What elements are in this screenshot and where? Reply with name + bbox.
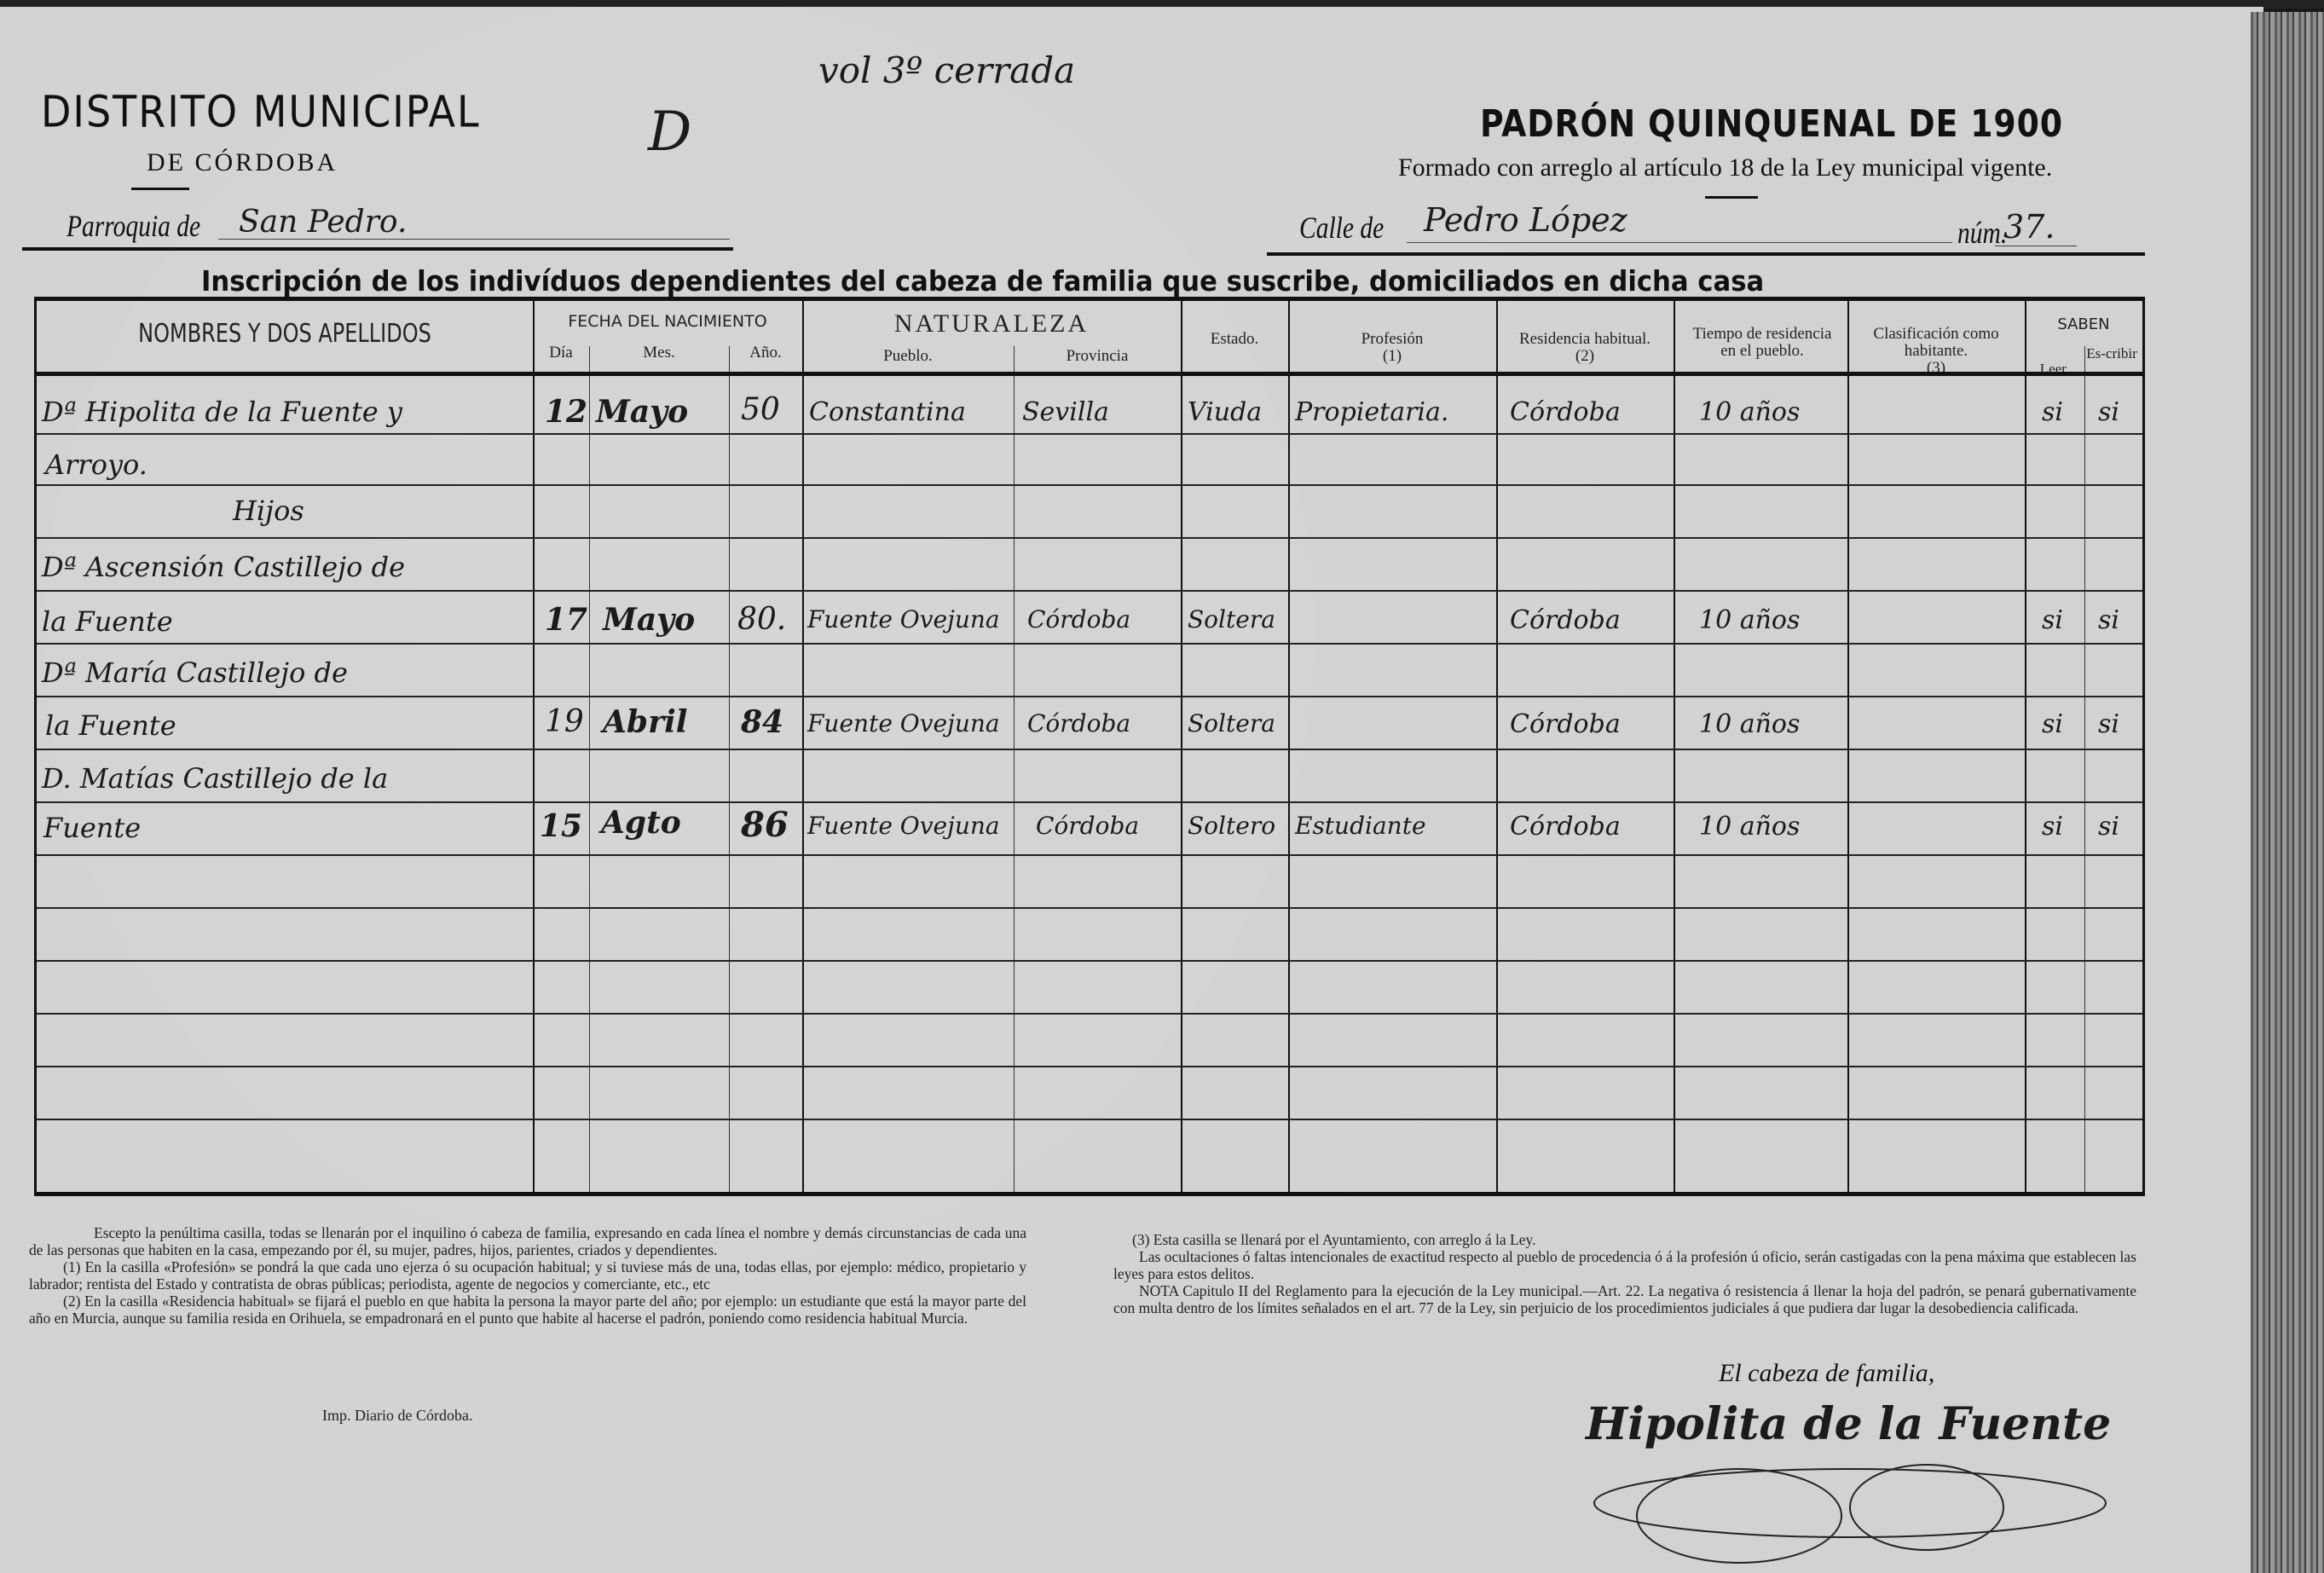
col-saben-group: SABEN — [2025, 317, 2142, 333]
row-line — [37, 433, 2142, 435]
row-line — [37, 590, 2142, 592]
note-general: Escepto la penúltima casilla, todas se l… — [29, 1224, 1026, 1258]
table-bottom-rule — [37, 1192, 2142, 1196]
col-divider — [2084, 346, 2085, 1196]
col-pueblo: Pueblo. — [802, 348, 1014, 365]
note-2: (2) En la casilla «Residencia habitual» … — [29, 1293, 1026, 1327]
cell-mes[interactable]: Mayo — [603, 602, 695, 638]
inscription-title: Inscripción de los indivíduos dependient… — [201, 264, 1764, 298]
cell-dia[interactable]: 12 — [545, 394, 587, 430]
cell-provincia[interactable]: Córdoba — [1027, 605, 1130, 633]
cell-residencia[interactable]: Córdoba — [1510, 397, 1621, 427]
cell-tiempo[interactable]: 10 años — [1699, 812, 1800, 841]
parroquia-value[interactable]: San Pedro. — [239, 205, 407, 240]
cell-anio[interactable]: 84 — [741, 704, 783, 740]
cell-leer[interactable]: si — [2042, 397, 2063, 427]
cell-estado[interactable]: Soltera — [1188, 605, 1275, 633]
col-provincia: Provincia — [1014, 348, 1181, 365]
census-sheet: DISTRITO MUNICIPAL DE CÓRDOBA vol 3º cer… — [0, 7, 2263, 1573]
col-profesion: Profesión (1) — [1288, 331, 1496, 365]
cell-residencia[interactable]: Córdoba — [1510, 812, 1621, 841]
cell-provincia[interactable]: Córdoba — [1027, 709, 1130, 737]
cell-tiempo[interactable]: 10 años — [1699, 709, 1800, 739]
row-line — [37, 1066, 2142, 1067]
cell-name[interactable]: Dª María Castillejo de — [42, 656, 348, 689]
padron-subtitle: Formado con arreglo al artículo 18 de la… — [1398, 153, 2052, 182]
col-mes: Mes. — [589, 344, 729, 361]
cell-leer[interactable]: si — [2042, 812, 2063, 841]
col-escribir: Es-cribir — [2084, 346, 2139, 361]
col-divider — [589, 346, 590, 1196]
row-line — [37, 854, 2142, 856]
col-divider — [1014, 346, 1015, 1196]
note-penalty: Las ocultaciones ó faltas intencionales … — [1113, 1248, 2136, 1282]
cell-provincia[interactable]: Sevilla — [1022, 397, 1109, 427]
signature-label: El cabeza de familia, — [1719, 1359, 1934, 1388]
num-underline — [1995, 246, 2077, 246]
cell-anio[interactable]: 80. — [737, 602, 786, 637]
footer-notes-left: Escepto la penúltima casilla, todas se l… — [29, 1224, 1026, 1327]
table-top-rule — [37, 297, 2142, 301]
cell-pueblo[interactable]: Fuente Ovejuna — [807, 709, 1000, 737]
row-line — [37, 484, 2142, 486]
cell-pueblo[interactable]: Constantina — [809, 397, 966, 427]
col-profesion-label: Profesión — [1288, 331, 1496, 348]
cell-escribir[interactable]: si — [2098, 709, 2119, 739]
row-line — [37, 696, 2142, 697]
cell-dia[interactable]: 15 — [540, 808, 582, 844]
col-divider — [2025, 297, 2026, 1196]
col-estado: Estado. — [1181, 331, 1288, 348]
calle-underline — [1407, 242, 1952, 243]
signature-flourish-icon — [1569, 1456, 2217, 1573]
note-nota: NOTA Capitulo II del Reglamento para la … — [1113, 1282, 2136, 1316]
cell-tiempo[interactable]: 10 años — [1699, 397, 1800, 427]
col-residencia-label: Residencia habitual. — [1496, 331, 1674, 348]
header-bottom-rule — [37, 372, 2142, 376]
annotation-mark: D — [648, 101, 691, 164]
rule — [1267, 252, 2145, 256]
imprint: Imp. Diario de Córdoba. — [322, 1407, 472, 1424]
cell-name-cont[interactable]: la Fuente — [45, 709, 176, 742]
cell-residencia[interactable]: Córdoba — [1510, 709, 1621, 739]
signature: Hipolita de la Fuente — [1586, 1398, 2111, 1450]
cell-profesion[interactable]: Estudiante — [1295, 812, 1426, 840]
divider — [131, 188, 189, 190]
col-divider — [802, 297, 804, 1196]
cell-name-cont[interactable]: la Fuente — [42, 605, 173, 638]
cell-anio[interactable]: 50 — [741, 392, 780, 427]
row-line — [37, 643, 2142, 645]
col-fecha-group: FECHA DEL NACIMIENTO — [533, 314, 802, 331]
col-divider — [1496, 297, 1498, 1196]
note-3: (3) Esta casilla se llenará por el Ayunt… — [1113, 1231, 2136, 1248]
district-title: DISTRITO MUNICIPAL — [41, 86, 481, 136]
row-line — [37, 537, 2142, 539]
parroquia-underline — [218, 239, 730, 240]
row-line — [37, 1013, 2142, 1015]
col-clasificacion-label: Clasificación como habitante. — [1853, 326, 2020, 360]
row-line — [37, 960, 2142, 962]
divider — [1705, 196, 1758, 199]
cell-leer[interactable]: si — [2042, 605, 2063, 635]
note-1: (1) En la casilla «Profesión» se pondrá … — [29, 1258, 1026, 1293]
col-divider — [1288, 297, 1290, 1196]
cell-escribir[interactable]: si — [2098, 605, 2119, 635]
cell-name[interactable]: Dª Ascensión Castillejo de — [42, 551, 405, 583]
col-divider — [1674, 297, 1675, 1196]
annotation-top: vol 3º cerrada — [818, 49, 1075, 91]
cell-pueblo[interactable]: Fuente Ovejuna — [807, 605, 1000, 633]
cell-mes[interactable]: Mayo — [596, 394, 688, 430]
cell-tiempo[interactable]: 10 años — [1699, 605, 1800, 635]
cell-estado[interactable]: Soltero — [1188, 812, 1275, 840]
cell-pueblo[interactable]: Fuente Ovejuna — [807, 812, 1000, 840]
row-line — [37, 907, 2142, 909]
cell-name-cont[interactable]: Arroyo. — [45, 448, 147, 481]
calle-value[interactable]: Pedro López — [1424, 201, 1627, 239]
row-line — [37, 749, 2142, 750]
cell-estado[interactable]: Viuda — [1188, 397, 1262, 427]
district-subtitle: DE CÓRDOBA — [147, 148, 338, 177]
rule — [22, 247, 733, 251]
cell-leer[interactable]: si — [2042, 709, 2063, 739]
col-divider — [1847, 297, 1849, 1196]
col-nombres: NOMBRES Y DOS APELLIDOS — [86, 321, 483, 348]
footer-notes-right: (3) Esta casilla se llenará por el Ayunt… — [1113, 1231, 2136, 1316]
cell-mes[interactable]: Agto — [601, 805, 681, 841]
cell-name[interactable]: D. Matías Castillejo de la — [42, 762, 388, 795]
col-divider — [533, 297, 535, 1196]
col-divider — [729, 346, 730, 1196]
padron-title: PADRÓN QUINQUENAL DE 1900 — [1480, 102, 2063, 146]
calle-label: Calle de — [1299, 210, 1384, 246]
col-tiempo: Tiempo de residencia en el pueblo. — [1687, 326, 1837, 360]
cell-dia[interactable]: 19 — [545, 704, 584, 739]
cell-mes[interactable]: Abril — [603, 704, 687, 740]
cell-profesion[interactable]: Propietaria. — [1295, 397, 1448, 427]
row-line — [37, 801, 2142, 803]
row-line — [37, 1119, 2142, 1120]
cell-dia[interactable]: 17 — [545, 602, 587, 638]
parroquia-label: Parroquia de — [66, 208, 200, 244]
col-clasificacion: Clasificación como habitante. (3) — [1853, 326, 2020, 377]
col-anio: Año. — [729, 344, 802, 361]
col-dia: Día — [533, 344, 589, 361]
section-label-hijos: Hijos — [233, 494, 304, 527]
cell-name-cont[interactable]: Fuente — [43, 812, 141, 844]
cell-anio[interactable]: 86 — [741, 805, 789, 845]
cell-estado[interactable]: Soltera — [1188, 709, 1275, 737]
num-value[interactable]: 37. — [2003, 208, 2055, 246]
col-residencia: Residencia habitual. (2) — [1496, 331, 1674, 365]
cell-name[interactable]: Dª Hipolita de la Fuente y — [42, 396, 402, 428]
cell-provincia[interactable]: Córdoba — [1036, 812, 1139, 840]
col-residencia-note: (2) — [1496, 348, 1674, 365]
book-binding — [2251, 12, 2324, 1573]
cell-escribir[interactable]: si — [2098, 397, 2119, 427]
cell-residencia[interactable]: Córdoba — [1510, 605, 1621, 635]
col-naturaleza-group: NATURALEZA — [802, 310, 1181, 338]
census-table: NOMBRES Y DOS APELLIDOS FECHA DEL NACIMI… — [34, 297, 2145, 1196]
col-profesion-note: (1) — [1288, 348, 1496, 365]
cell-escribir[interactable]: si — [2098, 812, 2119, 841]
col-divider — [1181, 297, 1182, 1196]
